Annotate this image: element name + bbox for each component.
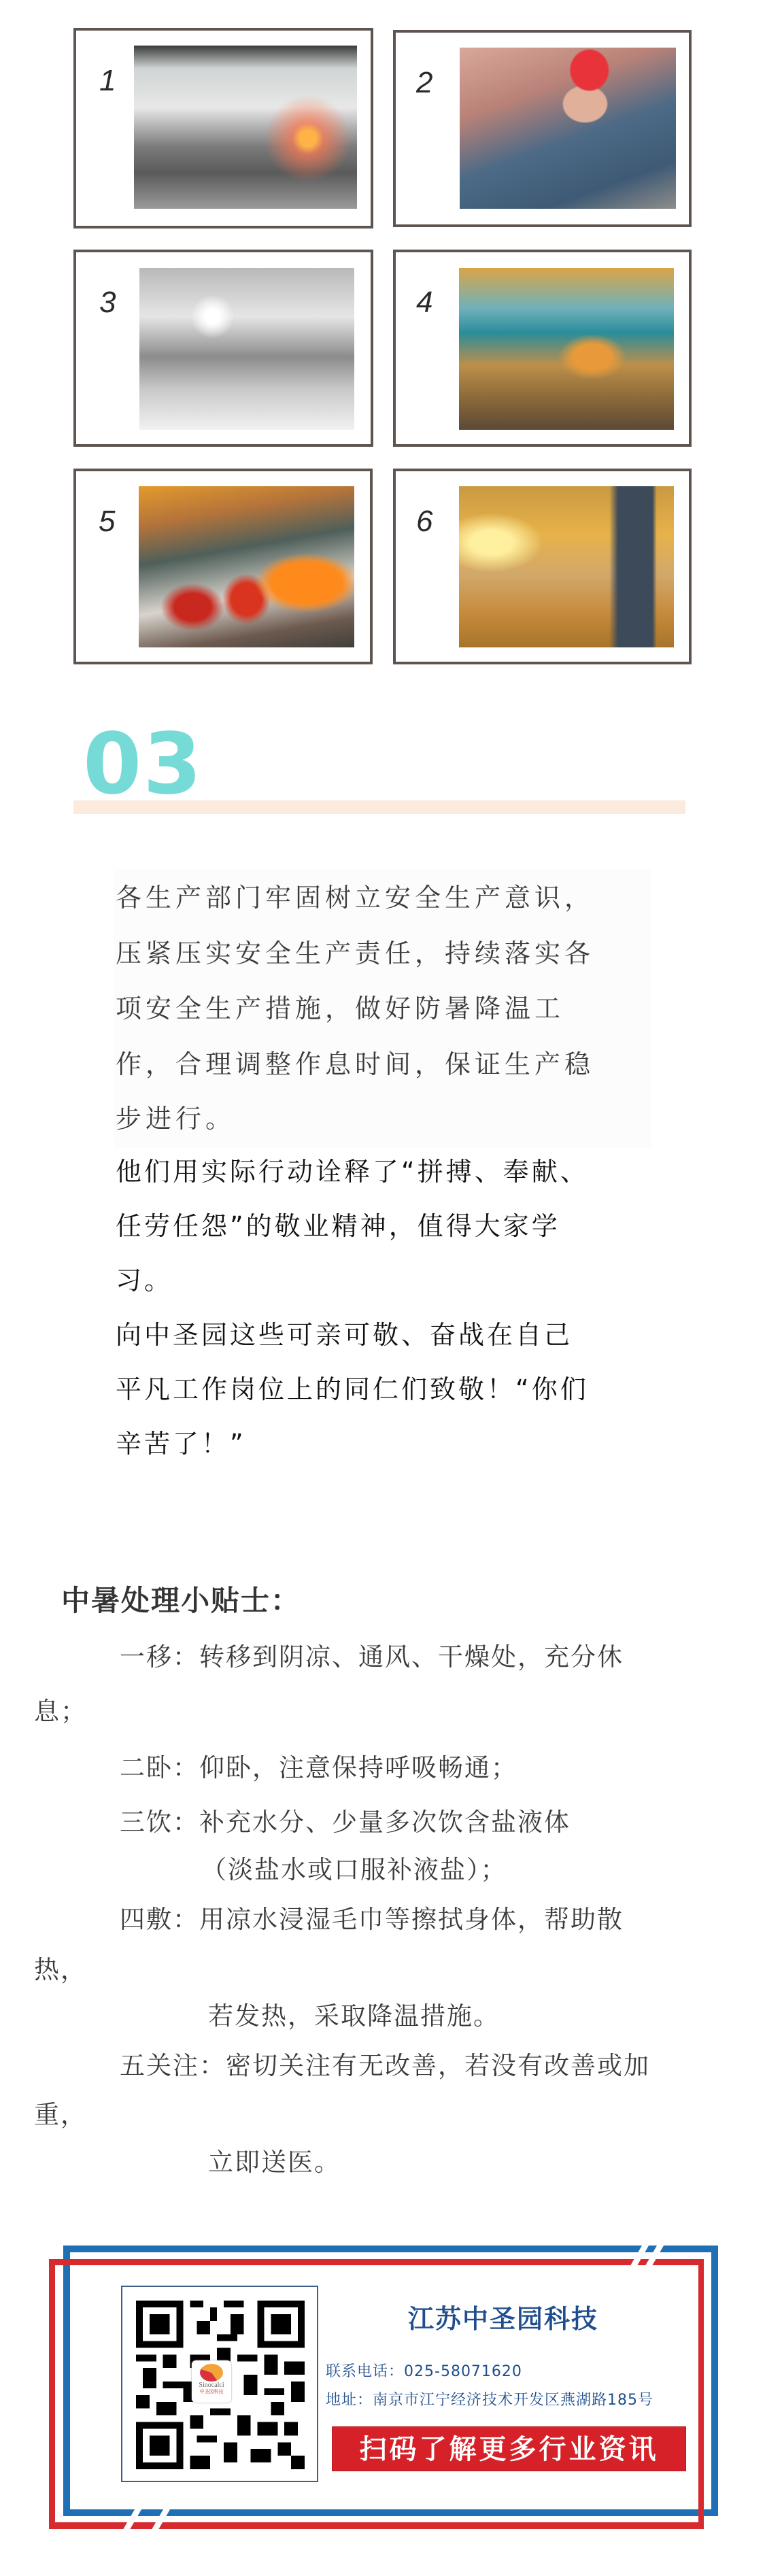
scan-cta-button[interactable]: 扫码了解更多行业资讯 xyxy=(332,2426,686,2471)
phone-label: 联系电话： xyxy=(326,2363,404,2380)
blue-frame-left xyxy=(63,2245,70,2516)
tip-line: 重， xyxy=(34,2100,87,2130)
blue-frame-top xyxy=(63,2245,718,2252)
blue-frame-right xyxy=(711,2245,718,2516)
frame-number: 4 xyxy=(416,288,432,318)
red-frame-bottom xyxy=(49,2522,704,2529)
company-name: 江苏中圣园科技 xyxy=(408,2304,598,2334)
photo-misty-workshop[interactable] xyxy=(139,268,354,430)
logo-mark-icon xyxy=(200,2364,223,2382)
tip-line: 若发热，采取降温措施。 xyxy=(208,2001,500,2031)
section-underline-bar xyxy=(73,800,685,814)
photo-frame-5: 5 xyxy=(73,469,373,664)
text-line: 向中圣园这些可亲可敬、奋战在自己 xyxy=(116,1320,573,1350)
red-frame-left xyxy=(49,2259,55,2529)
photo-frame-3: 3 xyxy=(73,250,373,447)
tip-line: 息； xyxy=(34,1697,87,1727)
photo-frame-4: 4 xyxy=(393,250,692,447)
text-line: 步进行。 xyxy=(116,1104,235,1134)
text-line: 任劳任怨”的敬业精神，值得大家学 xyxy=(116,1211,560,1241)
tip-line: 热， xyxy=(34,1955,87,1985)
tip-line: 五关注：密切关注有无改善，若没有改善或加 xyxy=(120,2051,650,2081)
text-line: 习。 xyxy=(116,1266,173,1295)
frame-number: 6 xyxy=(416,507,432,537)
tip-line: 三饮：补充水分、少量多次饮含盐液体 xyxy=(120,1808,571,1837)
text-line: 作，合理调整作息时间，保证生产稳 xyxy=(116,1049,594,1079)
text-line: 各生产部门牢固树立安全生产意识， xyxy=(116,883,594,913)
text-line: 项安全生产措施，做好防暑降温工 xyxy=(116,994,564,1023)
photo-frame-6: 6 xyxy=(393,469,692,664)
section-number: 03 xyxy=(83,722,203,807)
tip-line: （淡盐水或口服补液盐）； xyxy=(201,1855,507,1885)
red-frame-top xyxy=(49,2259,704,2265)
text-line: 压紧压实安全生产责任，持续落实各 xyxy=(116,938,594,968)
address-label: 地址： xyxy=(326,2392,373,2409)
frame-number: 3 xyxy=(99,288,116,318)
logo-brand-cn: 中圣园科技 xyxy=(192,2389,231,2394)
photo-frame-2: 2 xyxy=(393,30,692,227)
tip-line: 一移：转移到阴凉、通风、干燥处，充分休 xyxy=(120,1642,624,1672)
address-value: 南京市江宁经济技术开发区燕湖路185号 xyxy=(373,2392,653,2409)
photo-worker-face-shield[interactable] xyxy=(459,268,674,430)
phone-number[interactable]: 025-58071620 xyxy=(404,2363,522,2380)
photo-furnace-worker[interactable] xyxy=(459,486,674,647)
contact-phone: 联系电话：025-58071620 xyxy=(326,2363,522,2381)
frame-number: 2 xyxy=(416,68,432,98)
text-line: 辛苦了！” xyxy=(116,1429,246,1459)
photo-frame-1: 1 xyxy=(73,28,373,228)
company-logo: Sinocalci 中圣园科技 xyxy=(192,2360,231,2403)
tips-title: 中暑处理小贴士： xyxy=(61,1584,301,1617)
red-frame-right xyxy=(698,2259,704,2529)
tip-line: 立即送医。 xyxy=(208,2148,341,2177)
frame-number: 5 xyxy=(99,507,115,537)
text-line: 平凡工作岗位上的同仁们致敬！“你们 xyxy=(116,1374,589,1404)
tip-line: 二卧：仰卧，注意保持呼吸畅通； xyxy=(120,1753,517,1783)
photo-molten-metal-scene[interactable] xyxy=(134,46,357,209)
text-line: 他们用实际行动诠释了“拼搏、奉献、 xyxy=(116,1157,589,1187)
qr-code-box[interactable]: Sinocalci 中圣园科技 xyxy=(121,2286,318,2482)
photo-glowing-ladles[interactable] xyxy=(139,486,354,647)
logo-brand: Sinocalci xyxy=(192,2382,231,2389)
tip-line: 四敷：用凉水浸湿毛巾等擦拭身体，帮助散 xyxy=(120,1905,624,1935)
contact-address: 地址：南京市江宁经济技术开发区燕湖路185号 xyxy=(326,2392,653,2409)
frame-number: 1 xyxy=(99,66,116,96)
photo-worker-hardhat[interactable] xyxy=(460,48,676,209)
